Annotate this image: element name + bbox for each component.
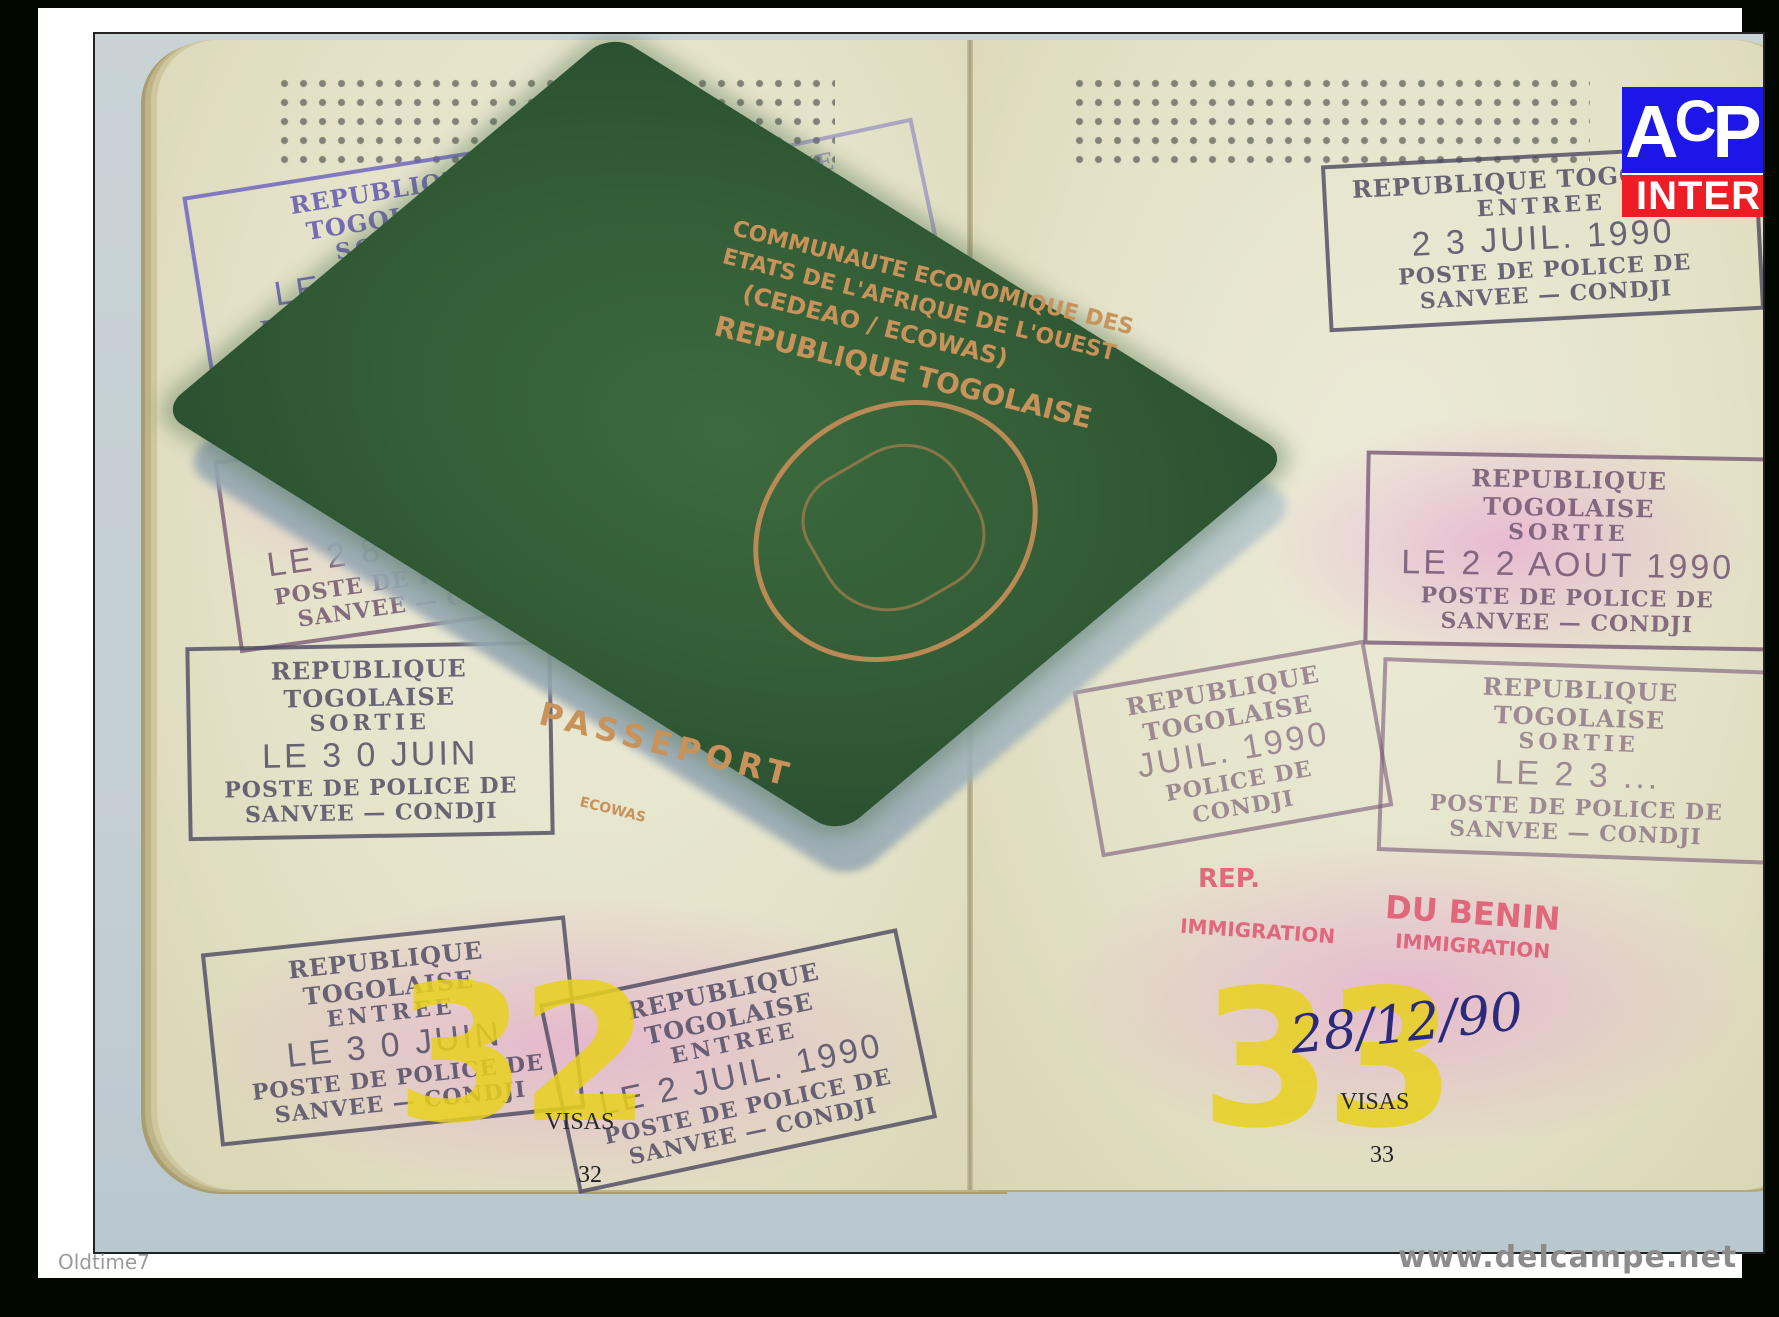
passport-photo: REPUBLIQUE TOGOLAISE SORTIE LE 2 5 MAI 9… (93, 32, 1765, 1254)
logo-acp-text: ACP (1625, 93, 1765, 177)
acp-inter-logo: ACP INTER (1622, 87, 1765, 217)
coat-of-arms-detail (784, 420, 1006, 638)
stamp-sortie-23: REPUBLIQUE TOGOLAISE SORTIE LE 2 3 ... P… (1377, 657, 1765, 865)
stamp-sortie-30-juin: REPUBLIQUE TOGOLAISE SORTIE LE 3 0 JUIN … (185, 641, 554, 842)
perforated-number-right (1070, 74, 1590, 164)
page-number-right: 33 (1370, 1142, 1394, 1169)
visas-label-left: VISAS (545, 1109, 614, 1136)
uploader-caption: Oldtime7 (58, 1250, 150, 1274)
visas-label-right: VISAS (1340, 1089, 1409, 1116)
logo-top-block: ACP (1622, 87, 1765, 175)
site-watermark: www.delcampe.net (1398, 1240, 1737, 1275)
logo-inter-text: INTER (1622, 175, 1765, 217)
image-frame: REPUBLIQUE TOGOLAISE SORTIE LE 2 5 MAI 9… (38, 8, 1742, 1278)
stamp-sortie-22-aout: REPUBLIQUE TOGOLAISE SORTIE LE 2 2 AOUT … (1363, 450, 1765, 651)
benin-stamp-rep: REP. (1198, 864, 1260, 894)
page-number-left: 32 (578, 1162, 602, 1189)
